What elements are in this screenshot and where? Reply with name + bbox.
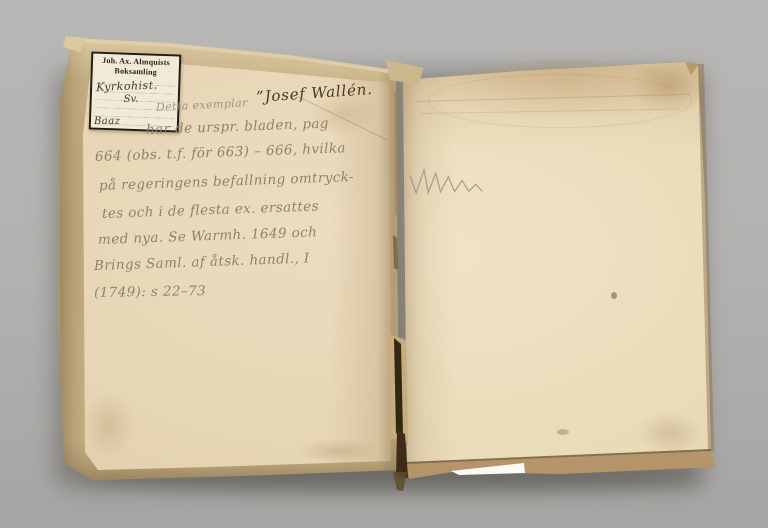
stain xyxy=(611,292,617,299)
stain xyxy=(295,438,380,464)
annotation-line: (1749): s 22–73 xyxy=(94,283,206,301)
bookplate-handwritten-subject: Kyrkohist. xyxy=(96,79,158,94)
stain xyxy=(557,429,569,435)
stain xyxy=(638,412,702,454)
stain xyxy=(82,390,136,460)
bookplate-handwritten-country: Sv. xyxy=(124,94,139,105)
bookplate-handwritten-author: Baaz xyxy=(94,116,121,127)
photo-open-book: Joh. Ax. Almquists Boksamling Kyrkohist.… xyxy=(0,0,768,528)
stain xyxy=(428,74,692,128)
